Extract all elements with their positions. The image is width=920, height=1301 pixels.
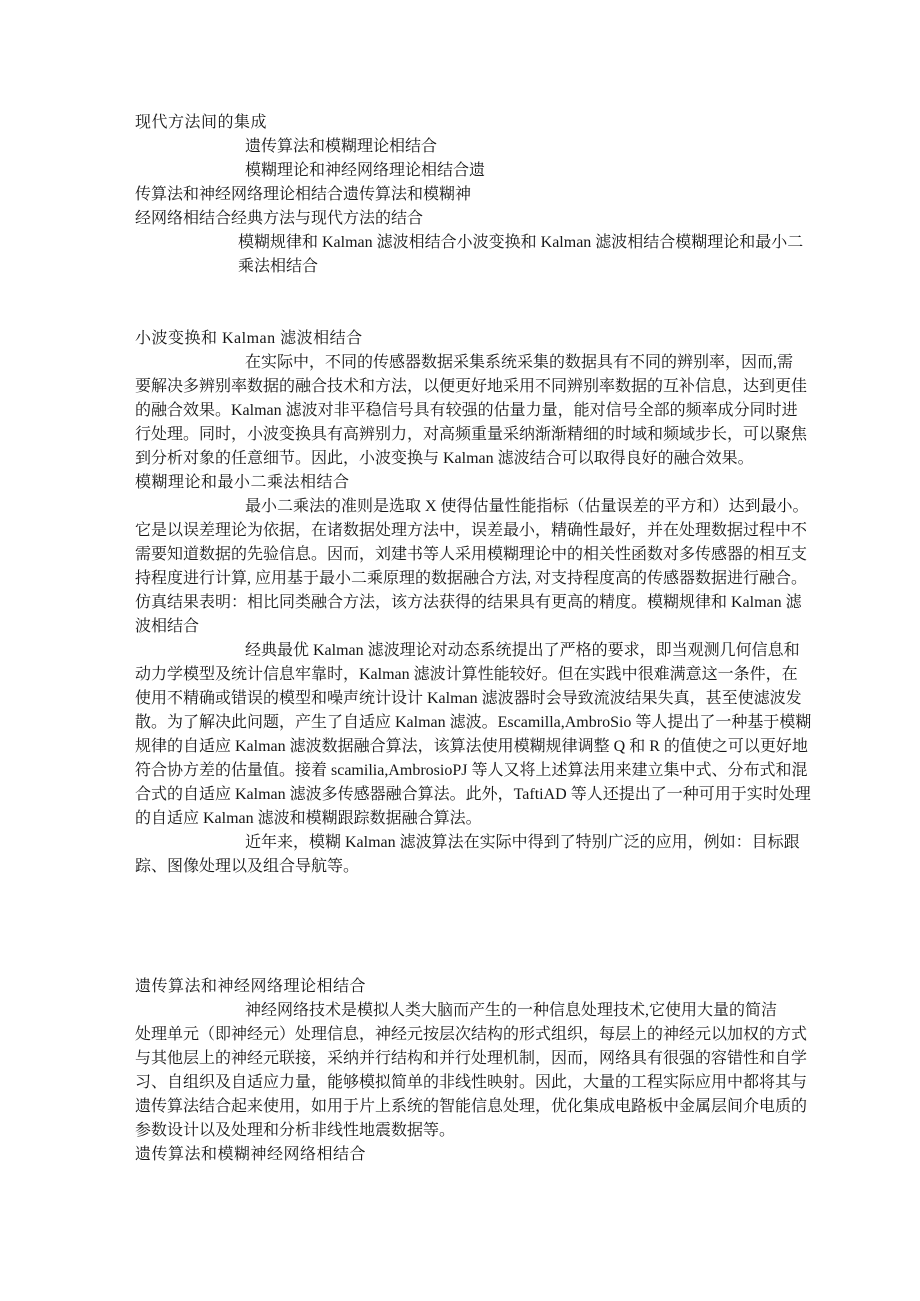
text-line: 经典最优 Kalman 滤波理论对动态系统提出了严格的要求，即当观测几何信息和 bbox=[245, 639, 795, 663]
text-column: 现代方法间的集成遗传算法和模糊理论相结合模糊理论和神经网络理论相结合遗传算法和神… bbox=[135, 111, 795, 1167]
text-line: 传算法和神经网络理论相结合遗传算法和模糊神 bbox=[135, 183, 795, 207]
document-page: 现代方法间的集成遗传算法和模糊理论相结合模糊理论和神经网络理论相结合遗传算法和神… bbox=[0, 0, 920, 1301]
text-line: 行处理。同时，小波变换具有高辨别力，对高频重量采纳渐渐精细的时域和频域步长，可以… bbox=[135, 423, 795, 447]
text-line: 参数设计以及处理和分析非线性地震数据等。 bbox=[135, 1119, 795, 1143]
text-line: 模糊规律和 Kalman 滤波相结合小波变换和 Kalman 滤波相结合模糊理论… bbox=[238, 231, 795, 255]
text-line: 持程度进行计算, 应用基于最小二乘原理的数据融合方法, 对支持程度高的传感器数据… bbox=[135, 567, 795, 591]
section-heading: 模糊理论和最小二乘法相结合 bbox=[135, 471, 795, 495]
text-line: 符合协方差的估量值。接着 scamilia,AmbrosioPJ 等人又将上述算… bbox=[135, 759, 795, 783]
text-line: 波相结合 bbox=[135, 615, 795, 639]
text-line: 的自适应 Kalman 滤波和模糊跟踪数据融合算法。 bbox=[135, 807, 795, 831]
text-line: 到分析对象的任意细节。因此，小波变换与 Kalman 滤波结合可以取得良好的融合… bbox=[135, 447, 795, 471]
section-heading: 现代方法间的集成 bbox=[135, 111, 795, 135]
blank-line bbox=[135, 903, 795, 927]
text-line: 最小二乘法的准则是选取 X 使得估量性能指标（估量误差的平方和）达到最小。 bbox=[245, 495, 795, 519]
text-line: 遗传算法和模糊理论相结合 bbox=[245, 135, 795, 159]
blank-line bbox=[135, 279, 795, 303]
blank-line bbox=[135, 879, 795, 903]
text-line: 模糊理论和神经网络理论相结合遗 bbox=[245, 159, 795, 183]
text-line: 的融合效果。Kalman 滤波对非平稳信号具有较强的估量力量，能对信号全部的频率… bbox=[135, 399, 795, 423]
text-line: 与其他层上的神经元联接，采纳并行结构和并行处理机制，因而，网络具有很强的容错性和… bbox=[135, 1047, 795, 1071]
blank-line bbox=[135, 303, 795, 327]
text-line: 它是以误差理论为依据，在诸数据处理方法中，误差最小，精确性最好，并在处理数据过程… bbox=[135, 519, 795, 543]
text-line: 踪、图像处理以及组合导航等。 bbox=[135, 855, 795, 879]
text-line: 经网络相结合经典方法与现代方法的结合 bbox=[135, 207, 795, 231]
text-line: 神经网络技术是模拟人类大脑而产生的一种信息处理技术,它使用大量的简洁 bbox=[245, 999, 795, 1023]
text-line: 合式的自适应 Kalman 滤波多传感器融合算法。此外，TaftiAD 等人还提… bbox=[135, 783, 795, 807]
text-line: 使用不精确或错误的模型和噪声统计设计 Kalman 滤波器时会导致流波结果失真，… bbox=[135, 687, 795, 711]
text-line: 习、自组织及自适应力量，能够模拟简单的非线性映射。因此，大量的工程实际应用中都将… bbox=[135, 1071, 795, 1095]
text-line: 动力学模型及统计信息牢靠时，Kalman 滤波计算性能较好。但在实践中很难满意这… bbox=[135, 663, 795, 687]
text-line: 仿真结果表明：相比同类融合方法，该方法获得的结果具有更高的精度。模糊规律和 Ka… bbox=[135, 591, 795, 615]
section-heading: 遗传算法和神经网络理论相结合 bbox=[135, 975, 795, 999]
text-line: 乘法相结合 bbox=[238, 255, 795, 279]
text-line: 需要知道数据的先验信息。因而，刘建书等人采用模糊理论中的相关性函数对多传感器的相… bbox=[135, 543, 795, 567]
blank-line bbox=[135, 951, 795, 975]
section-heading: 小波变换和 Kalman 滤波相结合 bbox=[135, 327, 795, 351]
blank-line bbox=[135, 927, 795, 951]
text-line: 散。为了解决此问题，产生了自适应 Kalman 滤波。Escamilla,Amb… bbox=[135, 711, 795, 735]
text-line: 处理单元（即神经元）处理信息，神经元按层次结构的形式组织，每层上的神经元以加权的… bbox=[135, 1023, 795, 1047]
section-heading: 遗传算法和模糊神经网络相结合 bbox=[135, 1143, 795, 1167]
text-line: 遗传算法结合起来使用，如用于片上系统的智能信息处理，优化集成电路板中金属层间介电… bbox=[135, 1095, 795, 1119]
text-line: 要解决多辨别率数据的融合技术和方法，以便更好地采用不同辨别率数据的互补信息，达到… bbox=[135, 375, 795, 399]
text-line: 近年来，模糊 Kalman 滤波算法在实际中得到了特别广泛的应用，例如：目标跟 bbox=[245, 831, 795, 855]
text-line: 规律的自适应 Kalman 滤波数据融合算法，该算法使用模糊规律调整 Q 和 R… bbox=[135, 735, 795, 759]
text-line: 在实际中，不同的传感器数据采集系统采集的数据具有不同的辨别率，因而,需 bbox=[245, 351, 795, 375]
